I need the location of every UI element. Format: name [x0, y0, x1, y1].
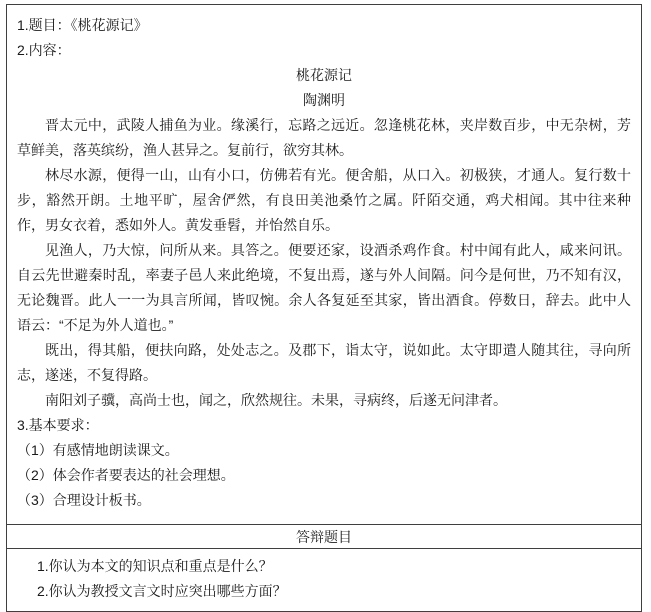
lesson-title-line: 1.题目：《桃花源记》	[17, 13, 631, 38]
article-paragraph-3: 见渔人，乃大惊，问所从来。具答之。便要还家，设酒杀鸡作食。村中闻有此人，咸来问讯…	[17, 238, 631, 338]
defense-question-2: 2.你认为教授文言文时应突出哪些方面？	[37, 579, 631, 604]
defense-question-1: 1.你认为本文的知识点和重点是什么？	[37, 554, 631, 579]
requirement-item-2: （2）体会作者要表达的社会理想。	[17, 463, 631, 488]
defense-section: 1.你认为本文的知识点和重点是什么？ 2.你认为教授文言文时应突出哪些方面？	[7, 549, 641, 611]
article-author: 陶渊明	[17, 88, 631, 113]
requirement-item-1: （1）有感情地朗读课文。	[17, 438, 631, 463]
defense-header: 答辩题目	[7, 524, 641, 549]
lesson-content-label: 2.内容：	[17, 38, 631, 63]
article-paragraph-1: 晋太元中，武陵人捕鱼为业。缘溪行，忘路之远近。忽逢桃花林，夹岸数百步，中无杂树，…	[17, 113, 631, 163]
lesson-section: 1.题目：《桃花源记》 2.内容： 桃花源记 陶渊明 晋太元中，武陵人捕鱼为业。…	[7, 5, 641, 524]
article-paragraph-4: 既出，得其船，便扶向路，处处志之。及郡下，诣太守，说如此。太守即遣人随其往，寻向…	[17, 338, 631, 388]
requirement-item-3: （3）合理设计板书。	[17, 488, 631, 513]
page: 1.题目：《桃花源记》 2.内容： 桃花源记 陶渊明 晋太元中，武陵人捕鱼为业。…	[0, 0, 651, 561]
article-title: 桃花源记	[17, 63, 631, 88]
exam-card: 1.题目：《桃花源记》 2.内容： 桃花源记 陶渊明 晋太元中，武陵人捕鱼为业。…	[6, 4, 642, 612]
article-paragraph-2: 林尽水源，便得一山，山有小口，仿佛若有光。便舍船，从口入。初极狭，才通人。复行数…	[17, 163, 631, 238]
requirements-label: 3.基本要求：	[17, 413, 631, 438]
article-paragraph-5: 南阳刘子骥，高尚士也，闻之，欣然规往。未果，寻病终，后遂无问津者。	[17, 388, 631, 413]
